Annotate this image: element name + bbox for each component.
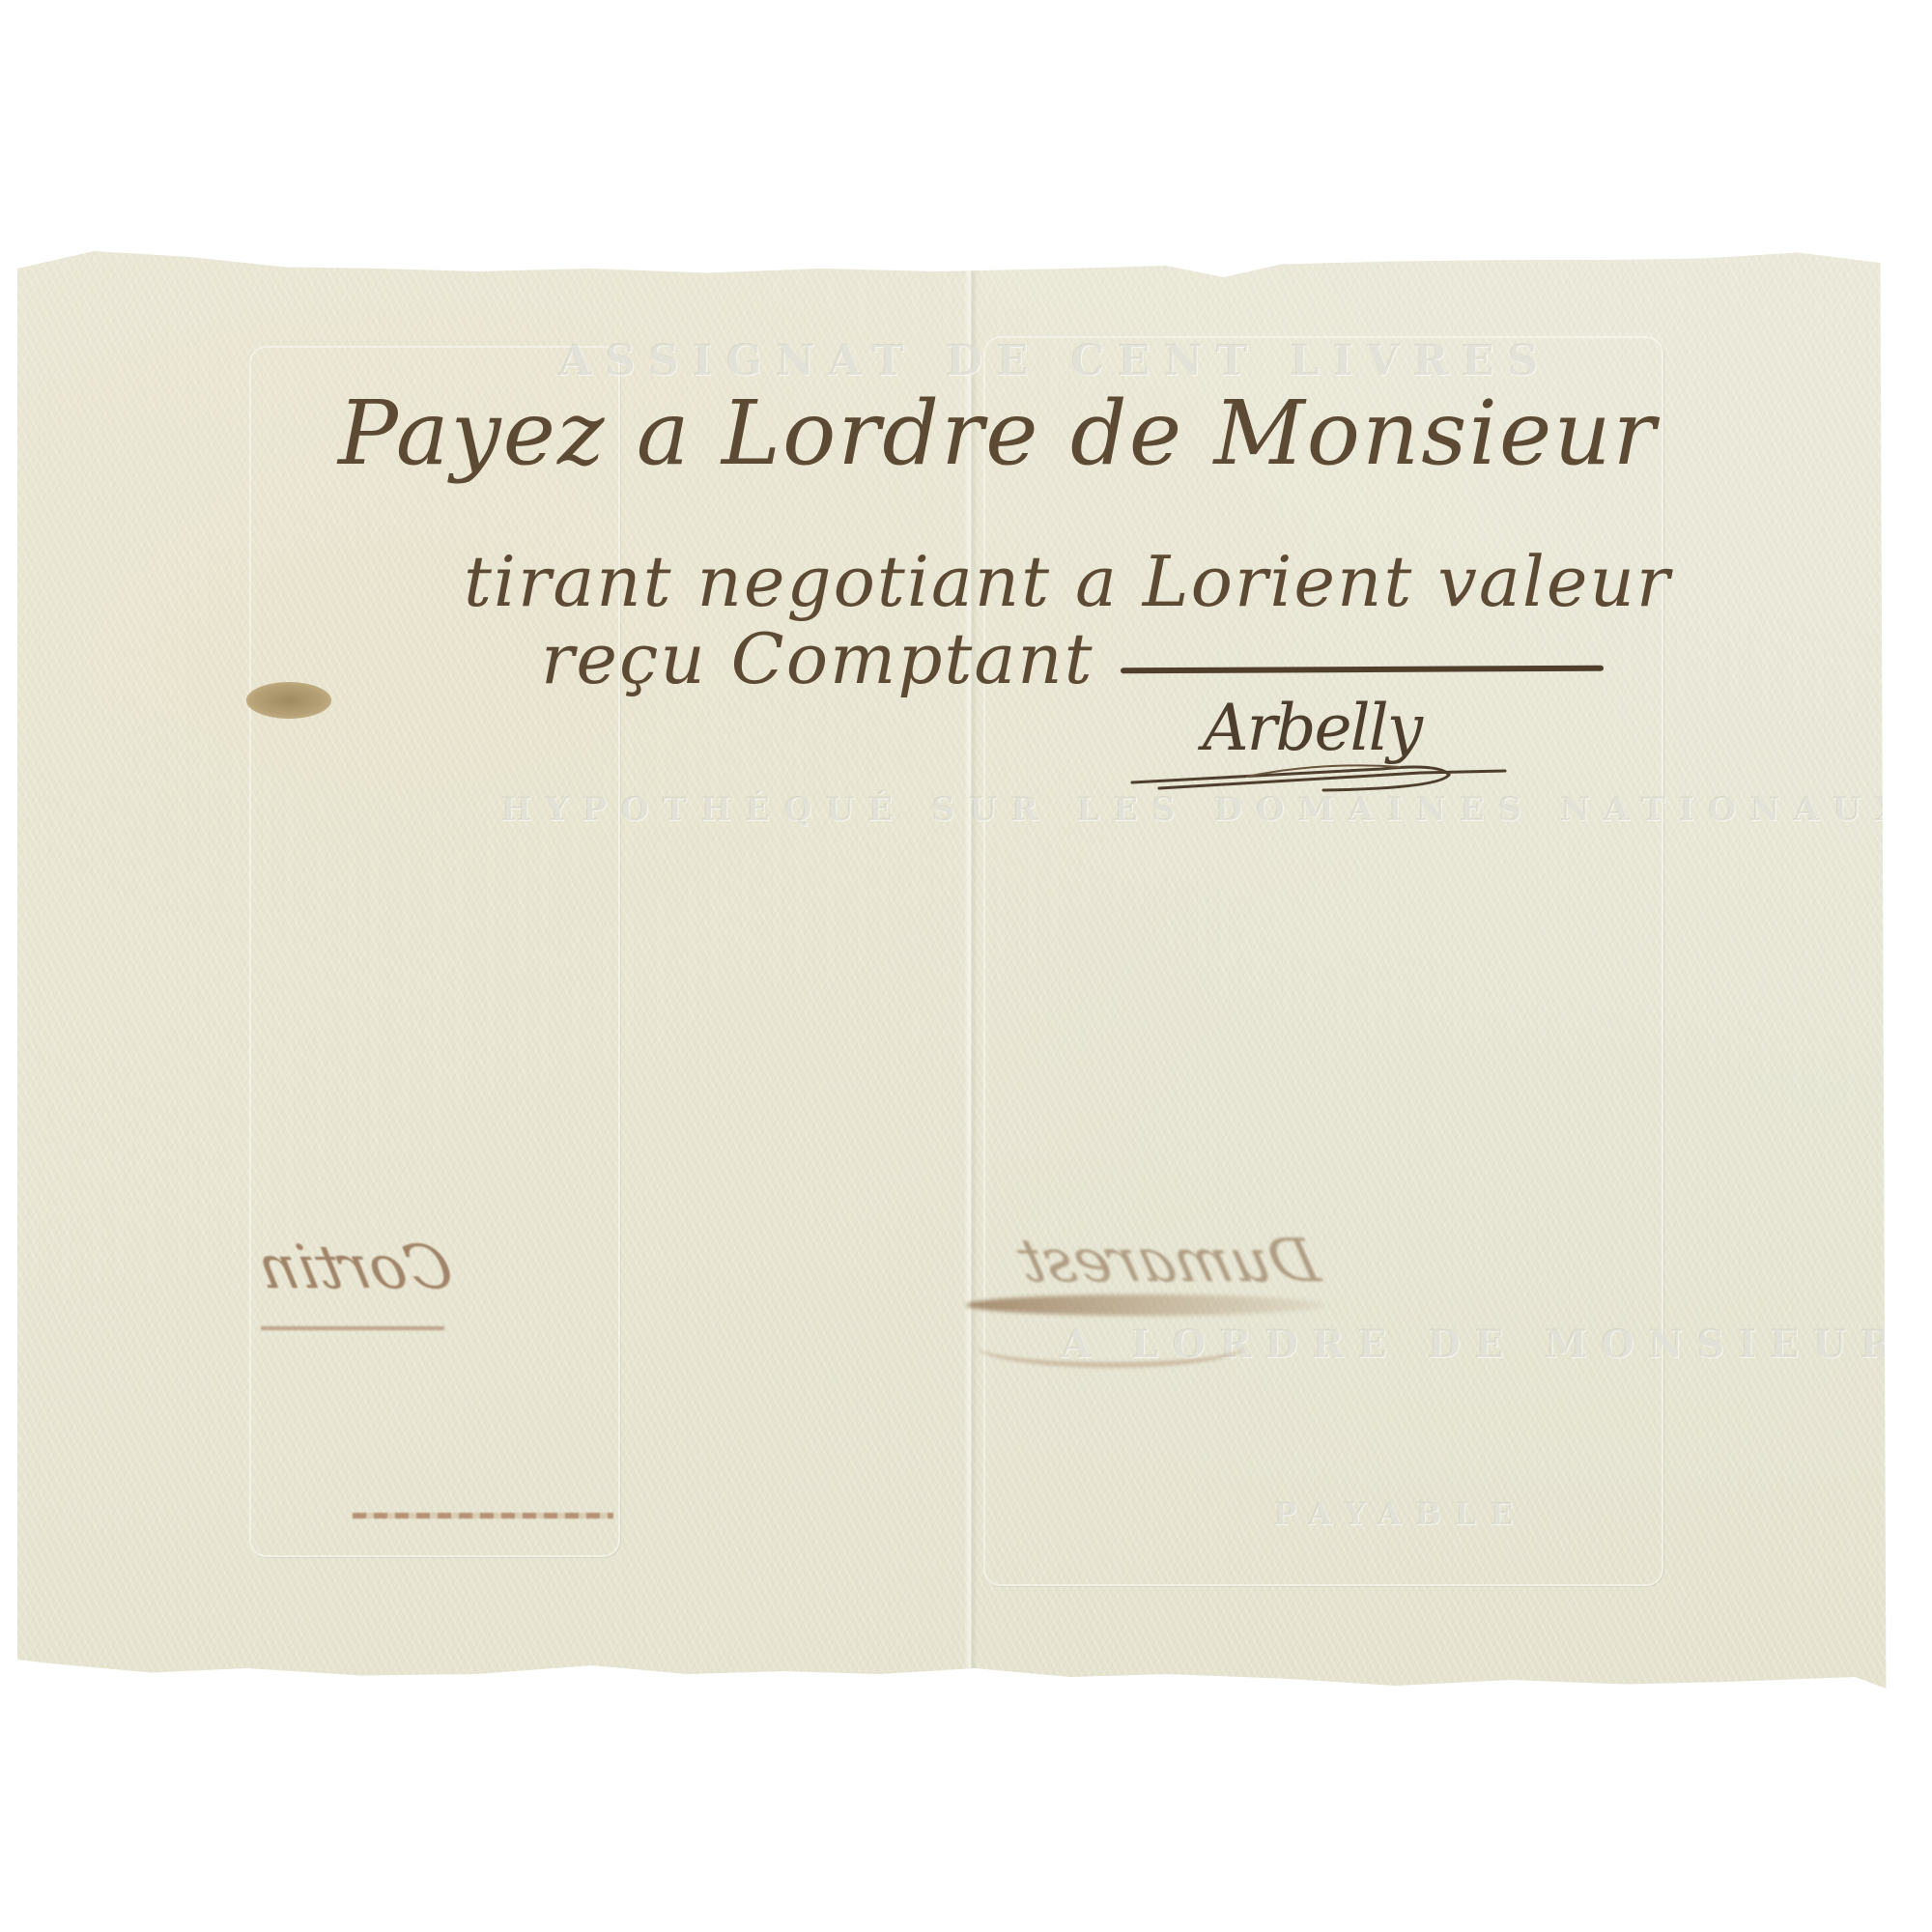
endorsement-line-3: reçu Comptant	[541, 618, 1094, 699]
embossed-frame-left	[249, 346, 620, 1557]
endorsement-line-1: Payez a Lordre de Monsieur	[338, 382, 1658, 485]
offset-line-left	[261, 1326, 444, 1330]
ink-smear-curve	[976, 1323, 1246, 1368]
ghost-print-top: ASSIGNAT DE CENT LIVRES	[558, 336, 1551, 385]
ghost-print-bottom: PAYABLE	[1273, 1495, 1527, 1532]
endorsement-line-2: tirant negotiant a Lorient valeur	[464, 541, 1671, 622]
dotted-rust-line	[353, 1513, 613, 1519]
ghost-print-middle: HYPOTHÉQUÉ SUR LES DOMAINES NATIONAUX	[500, 790, 1914, 829]
seal-stain	[246, 682, 331, 719]
ink-smear-center	[966, 1294, 1323, 1316]
offset-signature-center: Dumarest	[1010, 1225, 1326, 1295]
signature-paraph-icon	[1130, 753, 1507, 792]
document-scan: ASSIGNAT DE CENT LIVRES HYPOTHÉQUÉ SUR L…	[0, 0, 1932, 1932]
embossed-frame-right	[983, 336, 1663, 1586]
offset-signature-left: Cortin	[251, 1232, 459, 1302]
